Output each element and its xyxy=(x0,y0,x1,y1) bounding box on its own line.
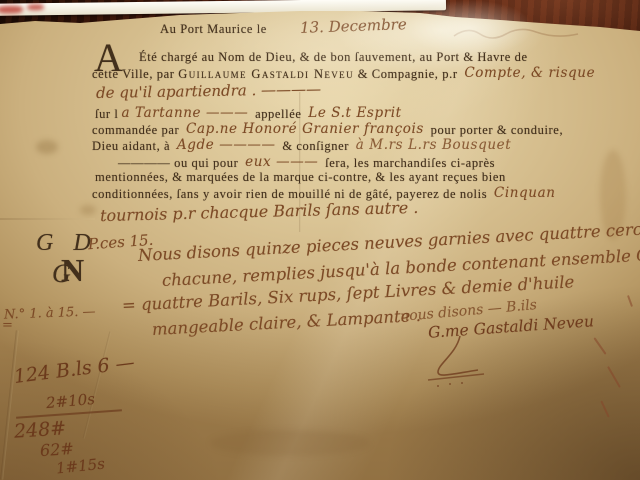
printed-line: ſur la Tartanne ——— appellée Le S.t Espr… xyxy=(95,106,405,122)
paper-stain xyxy=(210,430,370,456)
hw-captain-name: Cap.ne Honoré Granier françois xyxy=(183,121,427,137)
hw-insertion: Compte, & risque xyxy=(461,65,598,81)
red-ink-blur xyxy=(0,5,23,13)
printed-line: ———— ou qui pour eux ——— ſera, les march… xyxy=(118,155,495,171)
photo-of-document: Au Port Maurice le 13. Decembre A Été ch… xyxy=(0,0,640,480)
hw-vessel-name: Le S.t Esprit xyxy=(305,105,404,121)
fold-crease xyxy=(0,218,95,220)
header-line: Au Port Maurice le xyxy=(160,22,267,37)
printed-line: cette Ville, par Guillaume Gastaldi Neve… xyxy=(92,66,598,82)
hw-account-line: 62# xyxy=(39,439,74,460)
hw-numbering: N.° 1. à 15. — xyxy=(4,304,96,322)
hw-insertion: eux ——— xyxy=(242,154,321,170)
faded-year-stroke xyxy=(452,24,582,44)
paper-stain xyxy=(36,140,58,154)
printed-line: mentionnées, & marquées de la marque ci-… xyxy=(95,170,506,185)
signature-paraph xyxy=(418,334,548,389)
shipper-name: Guillaume Gastaldi Neveu xyxy=(178,67,354,81)
hw-vessel-type: a Tartanne ——— xyxy=(118,105,251,121)
hw-destination: Agde ———— xyxy=(174,137,279,153)
printed-line: Dieu aidant, à Agde ———— & conſigner à M… xyxy=(92,138,514,154)
hw-date: 13. Decembre xyxy=(300,15,407,37)
printed-line: commandée par Cap.ne Honoré Granier fran… xyxy=(92,122,563,138)
red-ink-blur xyxy=(27,4,44,10)
hw-consignee: à M.rs L.rs Bousquet xyxy=(353,137,514,153)
hw-equals-mark: = xyxy=(2,318,13,333)
hw-freight-amount: Cinquan xyxy=(491,185,559,201)
paper-stain xyxy=(80,205,96,215)
merchant-monogram: G N xyxy=(52,252,102,296)
printed-line: Été chargé au Nom de Dieu, & de bon ſauv… xyxy=(139,50,528,65)
printed-place-date: Au Port Maurice le xyxy=(160,22,267,36)
